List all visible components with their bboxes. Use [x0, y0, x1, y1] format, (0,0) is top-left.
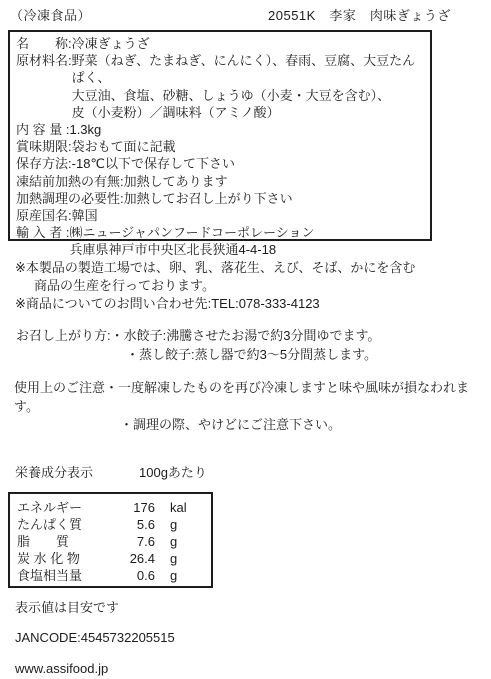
nutrition-basis: 100gあたり	[139, 465, 207, 480]
website-url: www.assifood.jp	[15, 661, 108, 676]
nutrient-value: 5.6	[107, 516, 155, 533]
nutrient-unit: kal	[170, 499, 187, 516]
nutrient-label: たんぱく質	[17, 516, 107, 533]
info-row-preheated: 凍結前加熱の有無:加熱してあります	[16, 173, 426, 190]
product-info-box: 名 称:冷凍ぎょうざ 原材料名:野菜（ねぎ、たまねぎ、にんにく）、春雨、豆腐、大…	[8, 30, 432, 241]
nutrient-label: 食塩相当量	[17, 567, 107, 584]
serving-line1: お召し上がり方:・水餃子:沸騰させたお湯で約3分間ゆでます。	[16, 327, 380, 346]
nutrition-row-protein: たんぱく質5.6g	[17, 516, 205, 533]
allergy-note-line1: ※本製品の製造工場では、卵、乳、落花生、えび、そば、かにを含む	[15, 259, 415, 277]
caution-line2: ・調理の際、やけどにご注意下さい。	[120, 416, 491, 435]
frozen-food-category-label: （冷凍食品）	[10, 5, 91, 24]
info-row-ingredients: 原材料名:野菜（ねぎ、たまねぎ、にんにく）、春雨、豆腐、大豆たんぱく、 大豆油、…	[16, 52, 426, 121]
caution-line1: 使用上のご注意・一度解凍したものを再び冷凍しますと味や風味が損なわれます。	[14, 379, 491, 416]
info-value: 冷凍ぎょうざ	[72, 35, 150, 52]
info-value: -18℃以下で保存して下さい	[72, 155, 235, 172]
info-label: 賞味期限	[16, 138, 68, 155]
info-row-importer: 輸 入 者 :㈱ニュージャパンフードコーポレーション 兵庫県神戸市中央区北長狭通…	[16, 224, 426, 258]
allergy-note-line2: 商品の生産を行っております。	[34, 277, 415, 295]
nutrient-unit: g	[170, 533, 177, 550]
nutrition-row-carbohydrate: 炭 水 化 物26.4g	[17, 550, 205, 567]
usage-cautions: 使用上のご注意・一度解凍したものを再び冷凍しますと味や風味が損なわれます。 ・調…	[14, 379, 491, 435]
info-row-cooking-required: 加熱調理の必要性:加熱してお召し上がり下さい	[16, 190, 426, 207]
nutrition-facts-box: エネルギー176kal たんぱく質5.6g 脂 質7.6g 炭 水 化 物26.…	[8, 492, 213, 588]
info-value: 加熱してお召し上がり下さい	[124, 190, 293, 207]
info-label: 保存方法	[16, 155, 68, 172]
nutrient-label: エネルギー	[17, 499, 107, 516]
info-label: 加熱調理の必要性	[16, 190, 120, 207]
info-row-country-of-origin: 原産国名:韓国	[16, 207, 426, 224]
serving-instructions: お召し上がり方:・水餃子:沸騰させたお湯で約3分間ゆでます。 ・蒸し餃子:蒸し器…	[16, 327, 380, 364]
nutrition-header: 栄養成分表示100gあたり	[15, 462, 207, 481]
info-row-net-content: 内 容 量 :1.3kg	[16, 121, 426, 138]
nutrient-unit: g	[170, 550, 177, 567]
nutrient-value: 26.4	[107, 550, 155, 567]
info-label: 名 称	[16, 35, 68, 52]
info-label: 内 容 量	[16, 121, 66, 138]
nutrition-row-energy: エネルギー176kal	[17, 499, 205, 516]
allergy-contact-notes: ※本製品の製造工場では、卵、乳、落花生、えび、そば、かにを含む 商品の生産を行っ…	[15, 259, 415, 313]
nutrient-label: 脂 質	[17, 533, 107, 550]
serving-line2: ・蒸し餃子:蒸し器で約3～5分間蒸します。	[126, 346, 380, 365]
info-row-name: 名 称:冷凍ぎょうざ	[16, 35, 426, 52]
nutrient-label: 炭 水 化 物	[17, 550, 107, 567]
nutrient-value: 0.6	[107, 567, 155, 584]
info-row-storage: 保存方法:-18℃以下で保存して下さい	[16, 155, 426, 172]
info-value: 加熱してあります	[124, 173, 228, 190]
nutrient-value: 7.6	[107, 533, 155, 550]
info-value: 野菜（ねぎ、たまねぎ、にんにく）、春雨、豆腐、大豆たんぱく、 大豆油、食塩、砂糖…	[72, 52, 426, 121]
nutrient-unit: g	[170, 567, 177, 584]
contact-note: ※商品についてのお問い合わせ先:TEL:078-333-4123	[15, 295, 415, 313]
product-code-and-name: 20551K 李家 肉味ぎょうざ	[268, 5, 451, 24]
nutrient-unit: g	[170, 516, 177, 533]
info-label: 輸 入 者	[16, 224, 66, 258]
nutrient-value: 176	[107, 499, 155, 516]
info-label: 原材料名	[16, 52, 68, 121]
info-row-best-before: 賞味期限:袋おもて面に記載	[16, 138, 426, 155]
nutrition-row-salt: 食塩相当量0.6g	[17, 567, 205, 584]
nutrition-title: 栄養成分表示	[15, 465, 93, 480]
info-value: 1.3kg	[69, 121, 101, 138]
nutrition-disclaimer: 表示値は目安です	[15, 597, 119, 616]
info-label: 凍結前加熱の有無	[16, 173, 120, 190]
jan-code: JANCODE:4545732205515	[15, 630, 175, 645]
info-label: 原産国名	[16, 207, 68, 224]
info-value: 韓国	[72, 207, 98, 224]
info-value: ㈱ニュージャパンフードコーポレーション 兵庫県神戸市中央区北長狭通4-4-18	[69, 224, 314, 258]
info-value: 袋おもて面に記載	[72, 138, 176, 155]
nutrition-row-fat: 脂 質7.6g	[17, 533, 205, 550]
